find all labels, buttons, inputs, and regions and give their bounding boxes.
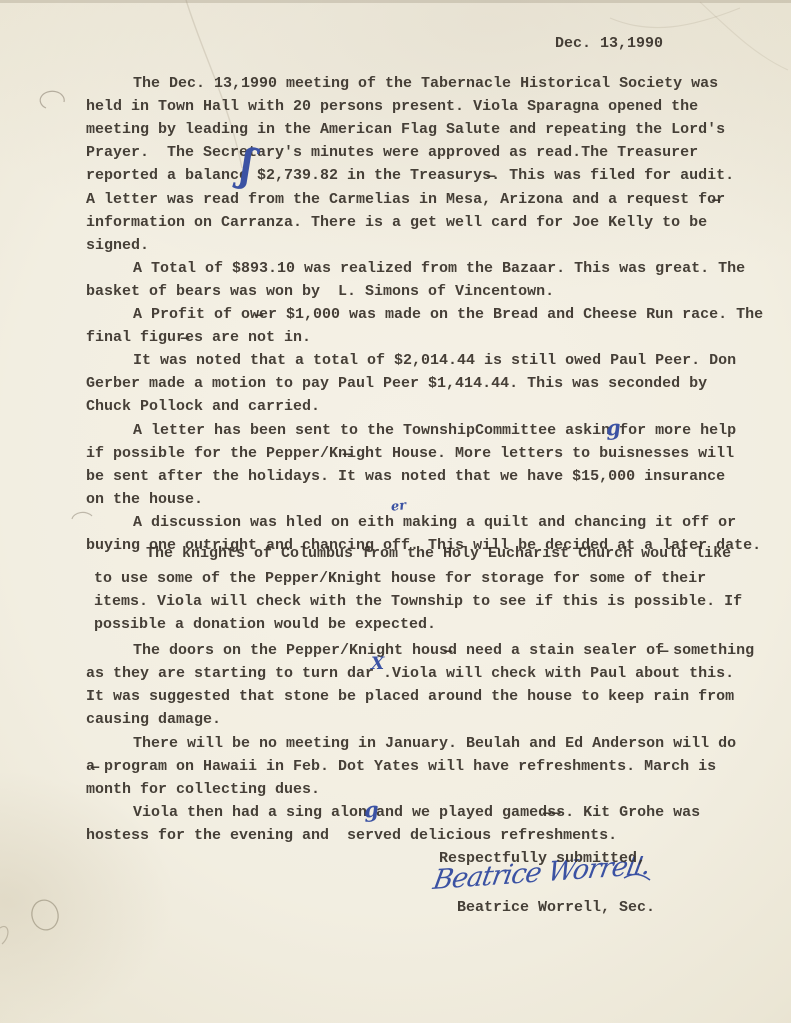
typed-line: as they are starting to turn dar .Viola … (86, 662, 734, 685)
pen-letters-er-either: er (390, 499, 406, 514)
scan-top-edge (0, 0, 791, 3)
typed-line: Viola then had a sing alon and we played… (133, 801, 700, 824)
typed-line: month for collecting dues. (86, 778, 320, 801)
pen-letter-g-asking: g (605, 417, 621, 439)
typed-line: basket of bears was won by L. Simons of … (86, 280, 554, 303)
pen-letter-g-along: g (363, 799, 379, 821)
typed-line: signed. (86, 234, 149, 257)
typed-line: hostess for the evening and served delic… (86, 824, 617, 847)
date-line: Dec. 13,1990 (555, 32, 663, 55)
typed-line: A letter has been sent to the TownshipCo… (133, 419, 736, 442)
typed-line: The knights of Columbus from the Holy Eu… (146, 542, 731, 565)
punch-hole-ghost-edge (0, 926, 8, 944)
crease-top-mid (610, 8, 740, 28)
typed-line: A Profit of ow̶er $1,000 was made on the… (133, 303, 763, 326)
typed-line: A Total of $893.10 was realized from the… (133, 257, 745, 280)
typed-line: items. Viola will check with the Townshi… (94, 590, 742, 613)
pen-letter-x-dark: X (371, 656, 384, 673)
typed-line: It was noted that a total of $2,014.44 i… (133, 349, 736, 372)
typed-line: held in Town Hall with 20 persons presen… (86, 95, 698, 118)
typed-line: if possible for the Pepper/Kn̶ight House… (86, 442, 734, 465)
pencil-arc-left-mid (72, 512, 92, 519)
typed-line: A letter was read from the Carmelias in … (86, 188, 725, 211)
typed-line: on the house. (86, 488, 203, 511)
typed-line: possible a donation would be expected. (94, 613, 436, 636)
typed-line: It was suggested that stone be placed ar… (86, 685, 734, 708)
closing-line: Respectfully submitted, (439, 847, 646, 870)
typed-line: reported a balance $2,739.82 in the Trea… (86, 164, 734, 187)
typed-line: Prayer. The Secretary's minutes were app… (86, 141, 698, 164)
typed-line: There will be no meeting in January. Beu… (133, 732, 736, 755)
typed-line: The Dec. 13,1990 meeting of the Tabernac… (133, 72, 718, 95)
typed-line: a̶ program on Hawaii in Feb. Dot Yates w… (86, 755, 716, 778)
typed-line: meeting by leading in the American Flag … (86, 118, 725, 141)
scanned-typewritten-page: Beatrice Worrell. Dec. 13,1990The Dec. 1… (0, 0, 791, 1023)
typed-line: be sent after the holidays. It was noted… (86, 465, 725, 488)
typed-line: Gerber made a motion to pay Paul Peer $1… (86, 372, 707, 395)
typed-line: The doors on the Pepper/Knight hous̶d ne… (133, 639, 754, 662)
typed-line: to use some of the Pepper/Knight house f… (94, 567, 706, 590)
typed-line: final figur̶es are not in. (86, 326, 311, 349)
typed-line: causing damage. (86, 708, 221, 731)
punch-hole-ghost (29, 897, 62, 933)
crease-top-right (700, 2, 788, 70)
typed-signature-line: Beatrice Worrell, Sec. (457, 896, 655, 919)
typed-line: information on Carranza. There is a get … (86, 211, 707, 234)
typed-line: A discussion was hled on eith making a q… (133, 511, 736, 534)
typed-line: Chuck Pollock and carried. (86, 395, 320, 418)
pencil-arc-left-top (40, 91, 64, 108)
